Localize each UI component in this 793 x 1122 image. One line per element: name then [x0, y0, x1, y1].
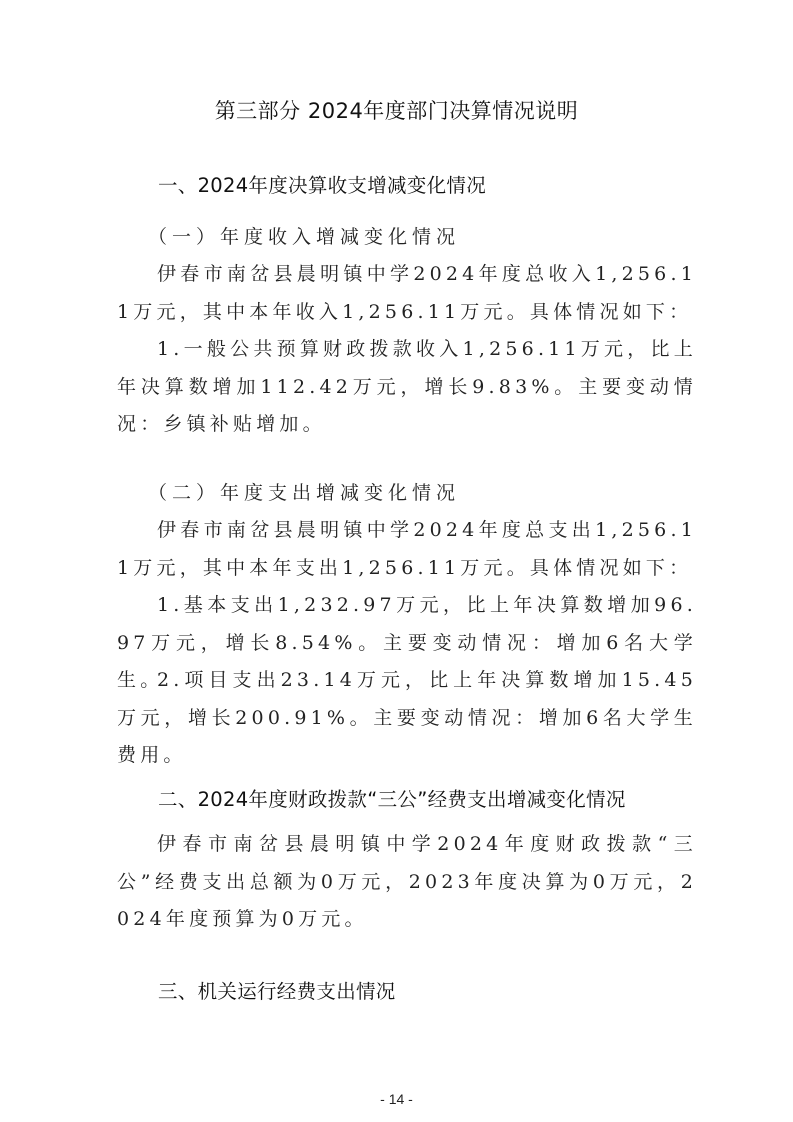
- paragraph-three-public-expenses: 伊春市南岔县晨明镇中学2024年度财政拨款“三公”经费支出总额为0万元，2023…: [117, 826, 697, 939]
- subsection-heading-income: （一）年度收入增减变化情况: [148, 222, 460, 249]
- section-heading-1: 一、2024年度决算收支增减变化情况: [158, 170, 486, 198]
- document-page: 第三部分 2024年度部门决算情况说明 一、2024年度决算收支增减变化情况 （…: [0, 0, 793, 1122]
- paragraph-expenditure-project: 2.项目支出23.14万元，比上年决算数增加15.45万元，增长200.91%。…: [117, 662, 697, 775]
- paragraph-expenditure-total: 伊春市南岔县晨明镇中学2024年度总支出1,256.11万元，其中本年支出1,2…: [117, 512, 697, 587]
- subsection-heading-expenditure: （二）年度支出增减变化情况: [148, 478, 460, 505]
- section-heading-2: 二、2024年度财政拨款“三公”经费支出增减变化情况: [158, 784, 626, 812]
- paragraph-income-general-budget: 1.一般公共预算财政拨款收入1,256.11万元，比上年决算数增加112.42万…: [117, 331, 697, 444]
- section-heading-3: 三、机关运行经费支出情况: [158, 976, 396, 1004]
- page-number: - 14 -: [0, 1091, 793, 1107]
- page-title: 第三部分 2024年度部门决算情况说明: [0, 95, 793, 125]
- paragraph-income-total: 伊春市南岔县晨明镇中学2024年度总收入1,256.11万元，其中本年收入1,2…: [117, 256, 697, 331]
